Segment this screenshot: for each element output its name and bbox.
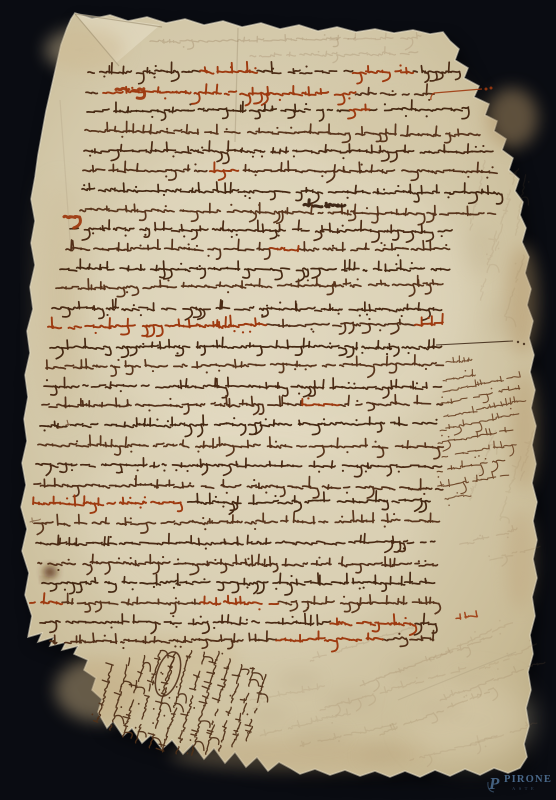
red-dash-dot <box>485 88 488 91</box>
margin-rule-dot <box>523 343 525 345</box>
stain <box>410 680 530 760</box>
watermark-subtext: ASTE <box>512 786 537 791</box>
stain <box>44 567 57 578</box>
stain <box>486 88 538 148</box>
stain <box>486 300 514 340</box>
manuscript-photo: P PIRONE ASTE <box>0 0 556 800</box>
stain <box>452 672 488 688</box>
stain <box>324 688 376 712</box>
stain <box>310 70 470 170</box>
stain <box>506 510 534 610</box>
stain <box>464 226 496 274</box>
margin-rule-dot <box>517 341 519 343</box>
stain <box>390 661 430 679</box>
stain <box>416 699 464 721</box>
stain <box>292 724 348 746</box>
stain <box>278 670 322 690</box>
red-dash-dot <box>490 87 493 90</box>
stain <box>45 28 125 72</box>
stain <box>358 746 402 764</box>
stain <box>42 578 47 582</box>
watermark-name: PIRONE <box>504 774 552 785</box>
